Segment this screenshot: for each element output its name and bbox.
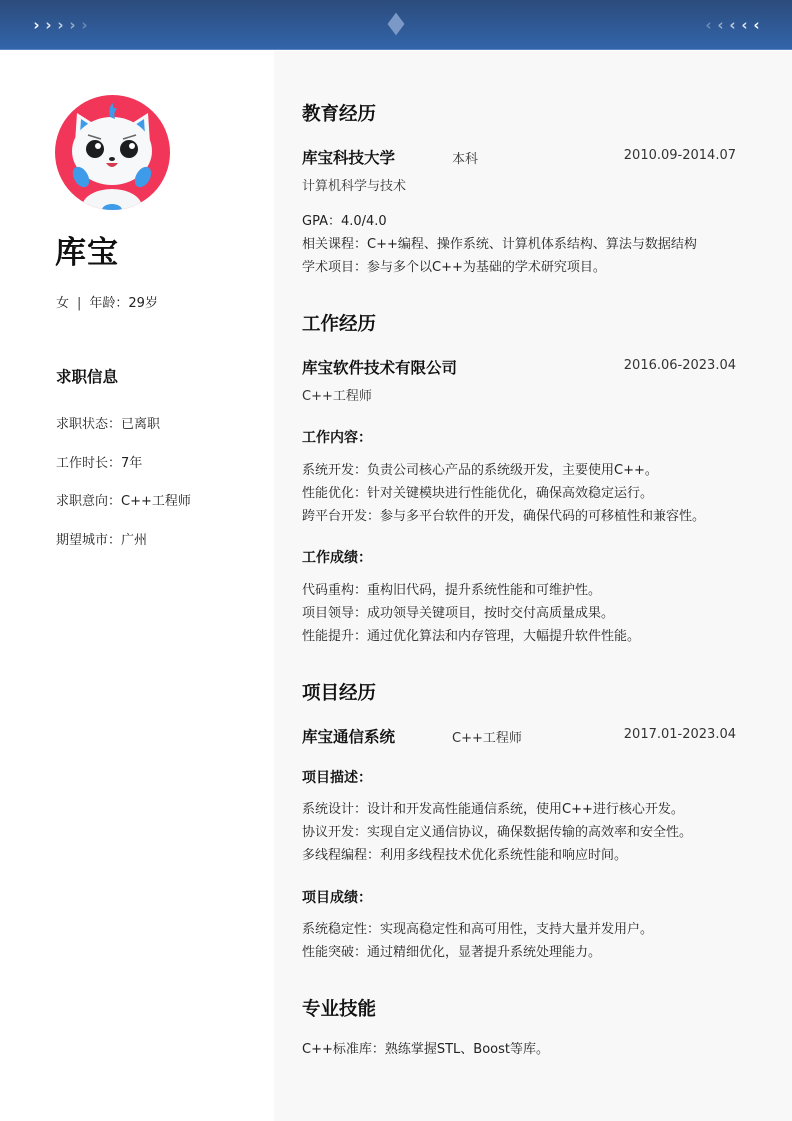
project-title: 项目经历	[302, 679, 376, 705]
chevron-left-icon: ‹	[726, 15, 738, 35]
education-details: GPA：4.0/4.0 相关课程：C++编程、操作系统、计算机体系结构、算法与数…	[302, 212, 752, 281]
field-value: C++工程师	[121, 494, 191, 509]
project-name: 库宝通信系统	[302, 725, 395, 747]
gender: 女	[56, 296, 69, 311]
work-achievement-item: 代码重构：重构旧代码，提升系统性能和可维护性。	[302, 581, 752, 604]
separator: |	[77, 296, 81, 311]
job-intent-list: 求职状态：已离职 工作时长：7年 求职意向：C++工程师 期望城市：广州	[56, 416, 191, 570]
age: 年龄：29岁	[89, 296, 158, 311]
diamond-icon	[388, 13, 405, 36]
project-date: 2017.01-2023.04	[624, 727, 736, 742]
work-content-item: 系统开发：负责公司核心产品的系统级开发，主要使用C++。	[302, 461, 752, 484]
work-achievement-item: 项目领导：成功领导关键项目，按时交付高质量成果。	[302, 604, 752, 627]
education-row: 库宝科技大学 本科 2010.09-2014.07	[302, 146, 736, 168]
skill-item: C++标准库：熟练掌握STL、Boost等库。	[302, 1040, 752, 1063]
header-banner: ››››› ‹‹‹‹‹	[0, 0, 792, 50]
candidate-name: 库宝	[55, 227, 119, 272]
chevron-left-icon: ‹	[738, 15, 750, 35]
chevron-right-icon: ›	[30, 15, 42, 35]
project-role: C++工程师	[452, 727, 522, 746]
cat-mascot-icon	[55, 95, 170, 210]
project-achievements-list: 系统稳定性：实现高稳定性和高可用性，支持大量并发用户。 性能突破：通过精细优化，…	[302, 920, 752, 966]
project-row: 库宝通信系统 C++工程师 2017.01-2023.04	[302, 725, 736, 747]
work-title: 工作经历	[302, 310, 376, 336]
work-row: 库宝软件技术有限公司 2016.06-2023.04	[302, 356, 736, 378]
sidebar: 库宝 女|年龄：29岁 求职信息 求职状态：已离职 工作时长：7年 求职意向：C…	[0, 51, 274, 1121]
chevron-right-icon: ›	[66, 15, 78, 35]
work-achievements-list: 代码重构：重构旧代码，提升系统性能和可维护性。 项目领导：成功领导关键项目，按时…	[302, 581, 752, 650]
chevron-right-icon: ›	[78, 15, 90, 35]
work-content-item: 跨平台开发：参与多平台软件的开发，确保代码的可移植性和兼容性。	[302, 507, 752, 530]
work-content-title: 工作内容：	[302, 427, 372, 447]
school-name: 库宝科技大学	[302, 146, 395, 168]
project-desc-item: 多线程编程：利用多线程技术优化系统性能和响应时间。	[302, 846, 752, 869]
chevron-right-icon: ›	[54, 15, 66, 35]
field-label: 求职意向：	[56, 494, 121, 509]
job-target: 求职意向：C++工程师	[56, 493, 191, 532]
project-desc-list: 系统设计：设计和开发高性能通信系统，使用C++进行核心开发。 协议开发：实现自定…	[302, 800, 752, 869]
field-label: 求职状态：	[56, 417, 121, 432]
work-achievement-item: 性能提升：通过优化算法和内存管理，大幅提升软件性能。	[302, 627, 752, 650]
expected-city: 期望城市：广州	[56, 532, 191, 571]
field-value: 7年	[121, 456, 142, 471]
work-date: 2016.06-2023.04	[624, 358, 736, 373]
chevrons-left-decoration: ‹‹‹‹‹	[702, 15, 762, 35]
education-title: 教育经历	[302, 100, 376, 126]
work-content-list: 系统开发：负责公司核心产品的系统级开发，主要使用C++。 性能优化：针对关键模块…	[302, 461, 752, 530]
chevrons-right-decoration: ›››››	[30, 15, 90, 35]
degree: 本科	[452, 148, 478, 167]
field-label: 工作时长：	[56, 456, 121, 471]
major: 计算机科学与技术	[302, 175, 406, 194]
chevron-left-icon: ‹	[750, 15, 762, 35]
project-desc-item: 协议开发：实现自定义通信协议，确保数据传输的高效率和安全性。	[302, 823, 752, 846]
academic-projects: 学术项目：参与多个以C++为基础的学术研究项目。	[302, 258, 752, 281]
job-status: 求职状态：已离职	[56, 416, 191, 455]
work-years: 工作时长：7年	[56, 455, 191, 494]
project-desc-item: 系统设计：设计和开发高性能通信系统，使用C++进行核心开发。	[302, 800, 752, 823]
skills-list: C++标准库：熟练掌握STL、Boost等库。	[302, 1040, 752, 1063]
chevron-left-icon: ‹	[702, 15, 714, 35]
position: C++工程师	[302, 385, 372, 404]
project-achievement-item: 性能突破：通过精细优化，显著提升系统处理能力。	[302, 943, 752, 966]
project-achievements-title: 项目成绩：	[302, 887, 372, 907]
project-desc-title: 项目描述：	[302, 767, 372, 787]
gpa: GPA：4.0/4.0	[302, 212, 752, 235]
field-value: 已离职	[121, 417, 160, 432]
work-content-item: 性能优化：针对关键模块进行性能优化，确保高效稳定运行。	[302, 484, 752, 507]
project-achievement-item: 系统稳定性：实现高稳定性和高可用性，支持大量并发用户。	[302, 920, 752, 943]
work-achievements-title: 工作成绩：	[302, 547, 372, 567]
field-label: 期望城市：	[56, 533, 121, 548]
company-name: 库宝软件技术有限公司	[302, 356, 457, 378]
skills-title: 专业技能	[302, 995, 376, 1021]
basic-info: 女|年龄：29岁	[56, 292, 158, 311]
education-date: 2010.09-2014.07	[624, 148, 736, 163]
field-value: 广州	[121, 533, 147, 548]
chevron-left-icon: ‹	[714, 15, 726, 35]
job-intent-title: 求职信息	[56, 365, 118, 387]
chevron-right-icon: ›	[42, 15, 54, 35]
avatar	[55, 95, 170, 210]
courses: 相关课程：C++编程、操作系统、计算机体系结构、算法与数据结构	[302, 235, 752, 258]
